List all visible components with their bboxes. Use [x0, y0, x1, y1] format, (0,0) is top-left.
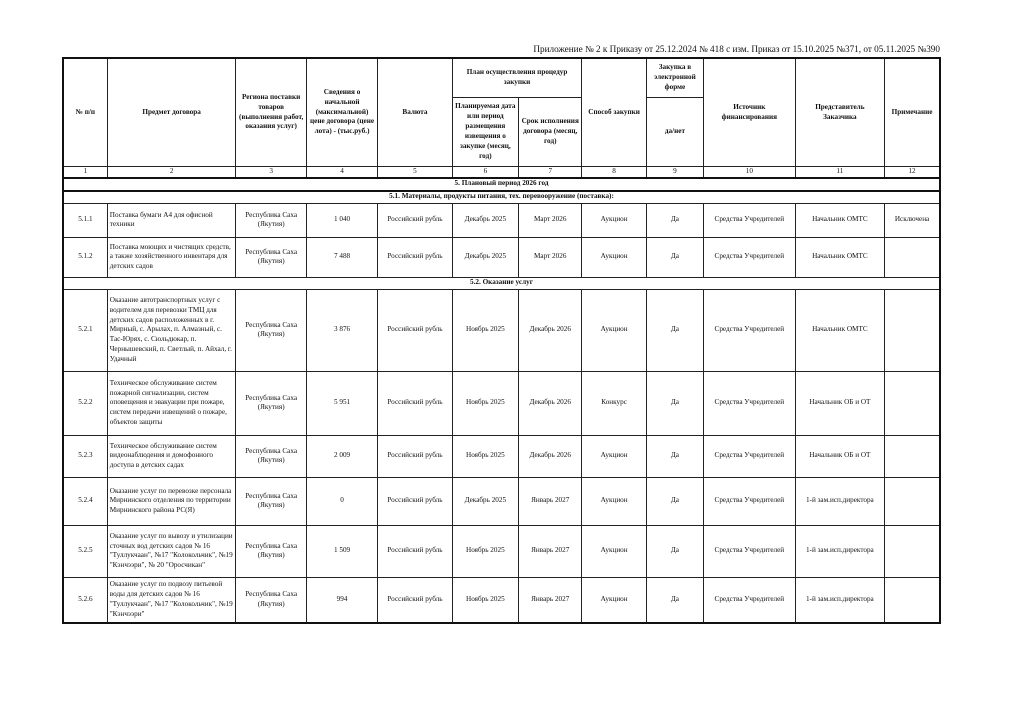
cell-note — [885, 477, 940, 525]
header-plan-group: План осуществления процедур закупки — [452, 58, 582, 98]
header-plan-date: Планируемая дата или период размещения и… — [452, 98, 518, 167]
cell-plan-date: Декабрь 2025 — [452, 237, 518, 277]
cell-subject: Техническое обслуживание систем пожарной… — [107, 371, 236, 435]
cell-note — [885, 525, 940, 577]
cell-subject: Поставка моющих и чистящих средств, а та… — [107, 237, 236, 277]
cell-method: Аукцион — [582, 237, 646, 277]
cell-plan-date: Ноябрь 2025 — [452, 577, 518, 623]
cell-electronic: Да — [646, 435, 703, 477]
header-representative: Представитель Заказчика — [795, 58, 885, 167]
column-number: 2 — [107, 167, 236, 178]
section-row: 5. Плановый период 2026 год — [63, 178, 940, 191]
document-caption: Приложение № 2 к Приказу от 25.12.2024 №… — [533, 44, 940, 54]
cell-region: Республика Саха (Якутия) — [236, 203, 306, 237]
cell-num: 5.2.4 — [63, 477, 107, 525]
cell-term: Март 2026 — [519, 237, 582, 277]
cell-plan-date: Ноябрь 2025 — [452, 371, 518, 435]
cell-method: Конкурс — [582, 371, 646, 435]
cell-representative: Начальник ОМТС — [795, 203, 885, 237]
cell-representative: 1-й зам.исп.директора — [795, 525, 885, 577]
cell-note — [885, 371, 940, 435]
cell-representative: Начальник ОБ и ОТ — [795, 435, 885, 477]
cell-currency: Российский рубль — [378, 371, 452, 435]
cell-representative: Начальник ОБ и ОТ — [795, 371, 885, 435]
cell-term: Январь 2027 — [519, 577, 582, 623]
cell-region: Республика Саха (Якутия) — [236, 237, 306, 277]
cell-num: 5.2.2 — [63, 371, 107, 435]
cell-num: 5.1.1 — [63, 203, 107, 237]
cell-currency: Российский рубль — [378, 289, 452, 371]
column-number: 4 — [306, 167, 377, 178]
cell-representative: Начальник ОМТС — [795, 289, 885, 371]
cell-plan-date: Ноябрь 2025 — [452, 289, 518, 371]
cell-plan-date: Ноябрь 2025 — [452, 525, 518, 577]
column-number: 6 — [452, 167, 518, 178]
subsection-row: 5.1. Материалы, продукты питания, тех. п… — [63, 191, 940, 204]
section-title: 5. Плановый период 2026 год — [63, 178, 940, 191]
column-number: 12 — [885, 167, 940, 178]
cell-subject: Оказание автотранспортных услуг с водите… — [107, 289, 236, 371]
cell-electronic: Да — [646, 203, 703, 237]
subsection-row: 5.2. Оказание услуг — [63, 277, 940, 289]
cell-subject: Оказание услуг по перевозке персонала Ми… — [107, 477, 236, 525]
header-electronic-group: Закупка в электронной форме — [646, 58, 703, 98]
cell-electronic: Да — [646, 371, 703, 435]
cell-term: Декабрь 2026 — [519, 289, 582, 371]
cell-representative: 1-й зам.исп.директора — [795, 577, 885, 623]
table-row: 5.2.1Оказание автотранспортных услуг с в… — [63, 289, 940, 371]
cell-price: 2 009 — [306, 435, 377, 477]
cell-electronic: Да — [646, 577, 703, 623]
column-number: 1 — [63, 167, 107, 178]
header-currency: Валюта — [378, 58, 452, 167]
cell-funding: Средства Учредителей — [704, 577, 796, 623]
header-price: Сведения о начальной (максимальной) цене… — [306, 58, 377, 167]
cell-currency: Российский рубль — [378, 577, 452, 623]
cell-electronic: Да — [646, 289, 703, 371]
cell-funding: Средства Учредителей — [704, 525, 796, 577]
cell-currency: Российский рубль — [378, 203, 452, 237]
cell-term: Декабрь 2026 — [519, 435, 582, 477]
cell-currency: Российский рубль — [378, 477, 452, 525]
cell-method: Аукцион — [582, 289, 646, 371]
cell-price: 1 040 — [306, 203, 377, 237]
column-number: 10 — [704, 167, 796, 178]
table-row: 5.2.6Оказание услуг по подвозу питьевой … — [63, 577, 940, 623]
cell-representative: 1-й зам.исп.директора — [795, 477, 885, 525]
cell-plan-date: Декабрь 2025 — [452, 203, 518, 237]
cell-electronic: Да — [646, 477, 703, 525]
cell-price: 994 — [306, 577, 377, 623]
cell-note — [885, 435, 940, 477]
header-region: Региона поставки товаров (выполнения раб… — [236, 58, 306, 167]
cell-method: Аукцион — [582, 525, 646, 577]
header-method: Способ закупки — [582, 58, 646, 167]
header-row: № п/п Предмет договора Региона поставки … — [63, 58, 940, 98]
cell-plan-date: Декабрь 2025 — [452, 477, 518, 525]
cell-num: 5.2.6 — [63, 577, 107, 623]
cell-funding: Средства Учредителей — [704, 477, 796, 525]
cell-region: Республика Саха (Якутия) — [236, 577, 306, 623]
column-number: 11 — [795, 167, 885, 178]
procurement-plan-table: № п/п Предмет договора Региона поставки … — [62, 57, 941, 624]
cell-price: 7 488 — [306, 237, 377, 277]
cell-funding: Средства Учредителей — [704, 237, 796, 277]
header-note: Примечание — [885, 58, 940, 167]
subsection-title: 5.2. Оказание услуг — [63, 277, 940, 289]
column-number-row: 123456789101112 — [63, 167, 940, 178]
cell-method: Аукцион — [582, 577, 646, 623]
cell-currency: Российский рубль — [378, 237, 452, 277]
cell-funding: Средства Учредителей — [704, 203, 796, 237]
column-number: 7 — [519, 167, 582, 178]
header-subject: Предмет договора — [107, 58, 236, 167]
cell-plan-date: Ноябрь 2025 — [452, 435, 518, 477]
cell-num: 5.2.5 — [63, 525, 107, 577]
cell-method: Аукцион — [582, 477, 646, 525]
cell-num: 5.1.2 — [63, 237, 107, 277]
cell-region: Республика Саха (Якутия) — [236, 435, 306, 477]
cell-region: Республика Саха (Якутия) — [236, 371, 306, 435]
header-funding: Источник финансирования — [704, 58, 796, 167]
header-electronic-yesno: да/нет — [646, 98, 703, 167]
cell-num: 5.2.3 — [63, 435, 107, 477]
cell-subject: Техническое обслуживание систем видеонаб… — [107, 435, 236, 477]
cell-price: 1 509 — [306, 525, 377, 577]
table-row: 5.1.2Поставка моющих и чистящих средств,… — [63, 237, 940, 277]
column-number: 3 — [236, 167, 306, 178]
cell-price: 0 — [306, 477, 377, 525]
cell-term: Январь 2027 — [519, 477, 582, 525]
table-row: 5.2.5Оказание услуг по вывозу и утилизац… — [63, 525, 940, 577]
cell-note — [885, 577, 940, 623]
column-number: 9 — [646, 167, 703, 178]
cell-num: 5.2.1 — [63, 289, 107, 371]
cell-funding: Средства Учредителей — [704, 289, 796, 371]
cell-subject: Поставка бумаги А4 для офисной техники — [107, 203, 236, 237]
cell-term: Март 2026 — [519, 203, 582, 237]
table-row: 5.1.1Поставка бумаги А4 для офисной техн… — [63, 203, 940, 237]
cell-note — [885, 237, 940, 277]
subsection-title: 5.1. Материалы, продукты питания, тех. п… — [63, 191, 940, 204]
cell-region: Республика Саха (Якутия) — [236, 525, 306, 577]
cell-method: Аукцион — [582, 203, 646, 237]
cell-funding: Средства Учредителей — [704, 435, 796, 477]
header-num: № п/п — [63, 58, 107, 167]
cell-region: Республика Саха (Якутия) — [236, 477, 306, 525]
cell-term: Январь 2027 — [519, 525, 582, 577]
header-term: Срок исполнения договора (месяц, год) — [519, 98, 582, 167]
cell-electronic: Да — [646, 237, 703, 277]
cell-subject: Оказание услуг по вывозу и утилизации ст… — [107, 525, 236, 577]
cell-price: 3 876 — [306, 289, 377, 371]
cell-electronic: Да — [646, 525, 703, 577]
cell-method: Аукцион — [582, 435, 646, 477]
cell-funding: Средства Учредителей — [704, 371, 796, 435]
column-number: 8 — [582, 167, 646, 178]
table-row: 5.2.3Техническое обслуживание систем вид… — [63, 435, 940, 477]
cell-price: 5 951 — [306, 371, 377, 435]
column-number: 5 — [378, 167, 452, 178]
cell-representative: Начальник ОМТС — [795, 237, 885, 277]
cell-currency: Российский рубль — [378, 525, 452, 577]
cell-term: Декабрь 2026 — [519, 371, 582, 435]
cell-region: Республика Саха (Якутия) — [236, 289, 306, 371]
cell-note: Исключена — [885, 203, 940, 237]
cell-currency: Российский рубль — [378, 435, 452, 477]
cell-subject: Оказание услуг по подвозу питьевой воды … — [107, 577, 236, 623]
cell-note — [885, 289, 940, 371]
table-row: 5.2.2Техническое обслуживание систем пож… — [63, 371, 940, 435]
table-row: 5.2.4Оказание услуг по перевозке персона… — [63, 477, 940, 525]
